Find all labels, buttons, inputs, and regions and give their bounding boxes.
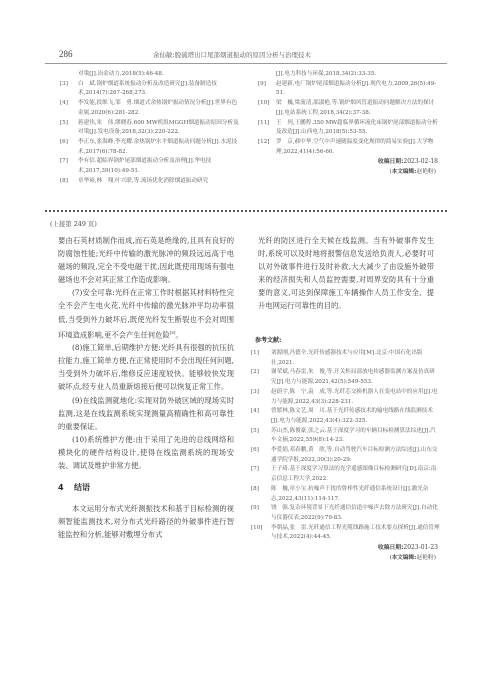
reference-item: [3]白 斌.锅炉烟道系统振动分析及改造研究[J].装备制造技术,2014(7)… [62, 80, 240, 99]
body-paragraph: (9)在线监测就地化:实现对防外破区域的现场实时监测,这是在线监测系统实现测量高… [58, 394, 234, 433]
reference-item: [11]王 列,王鹏程.350 MW超临界循环流化床锅炉尾部烟道振动分析及改造[… [262, 119, 440, 138]
reference-item: [5]苏山杰,陈俊豪,张之云.基于深度学习的车辆目标检测算法综述[J].汽车文摘… [255, 427, 440, 446]
reference-item: [1]刘源刚,冯德全.光纤传感器技术与应用[M].北京:中国石化出版社,2021… [255, 349, 440, 368]
previous-references-left: 对策[J].冶金动力,2018(5):46-48. [3]白 斌.锅炉烟道系统振… [62, 70, 240, 186]
previous-references-right: [J].电力科技与环保,2018,34(2):33-35. [9]赵建新.电厂锅… [262, 70, 440, 177]
page-number: 286 [59, 49, 73, 59]
continued-from-note: (上接第 249 页) [50, 219, 97, 228]
reference-item: [12]罗 京,郝中华.空气中声速随温度变化规律的简易实验[J].大学物理,20… [262, 138, 440, 157]
reference-item: [10]梁 巍,梁流清,邵淑艳,等.锅炉烟风管道振动问题解决方法的探讨[J].电… [262, 99, 440, 118]
reference-item: [9]饶 强.复杂环境背景下光纤通信信道中噪声去除方法研究[J].自动化与仪器仪… [255, 504, 440, 523]
reference-item: [6]李正东,张海峰,李光耀.余热锅炉水平烟道振动问题分析[J].水泥技术,20… [62, 138, 240, 157]
editor-credit: (本文编辑:赵艳粉) [255, 553, 440, 563]
reference-item: [6]李爱娟,邓春鹏,黄 欣,等.自动驾驶汽车目标检测方法综述[J].山东交通学… [255, 446, 440, 465]
reference-item: [10]李朝晶,张 雷.光纤通信工程光缆线路施工技术要点探析[J].通信管理与技… [255, 524, 440, 543]
references-section: 参考文献: [1]刘源刚,冯德全.光纤传感器技术与应用[M].北京:中国石化出版… [255, 336, 440, 563]
reference-item: [8]章华裕,林 翔,叶兴联,等.流场优化消除烟道振动研究 [62, 177, 240, 187]
reference-item: [9]赵建新.电厂锅炉尾部烟道振动分析[J].现代电力,2009,26(5):4… [262, 80, 440, 99]
reference-item: [4]李发能,段维飞,邹 勇.烟道式余热锅炉振动情况分析[J].世界有色金属,2… [62, 99, 240, 118]
running-title: 余仙敏:脱硫塔出口尾部烟道振动的原因分析与治理技术 [153, 50, 311, 59]
reference-item: [8]陈 巍,章小宝.抗噪声干扰的鲁棒性光纤通信系统设计[J].激光杂志,202… [255, 485, 440, 504]
references-heading: 参考文献: [255, 336, 440, 346]
body-paragraph: (10)系统维护方便:由于采用了先进的总线网络和模块化的硬件结构设计,使得在线监… [58, 433, 234, 472]
body-column-left: 要由石英材质制作而成,而石英是绝缘的,且具有良好的防腐蚀性能;光纤中传输的激光脉… [58, 234, 234, 541]
reference-item: [7]李有信.超临界锅炉尾部烟道振动分析及治理[J].华电技术,2017,39(… [62, 157, 240, 176]
conclusion-paragraph: 本文运用分布式光纤测振技术和基于目标检测的视频智能监测技术,对分布式光纤路径的外… [58, 502, 234, 541]
body-paragraph: (7)安全可靠:光纤在正常工作时根据其材料特性完全不会产生电火花,光纤中传输的激… [58, 286, 234, 341]
reference-item: [7]王子琦.基于深度学习算法的光学遥感图像目标检测研究[D].南京:南京信息工… [255, 465, 440, 484]
reference-item: [5]蒋建伟,朱 伟,缪晓春.600 MW机组MGGH烟道振动原因分析及对策[J… [62, 119, 240, 138]
article-divider [45, 210, 447, 212]
conclusion-paragraph-continued: 光纤的防区进行全天候在线监测。当有外破事件发生时,系统可以及时地将报警信息发送给… [258, 234, 434, 313]
citation: [8] [170, 330, 176, 335]
reference-item: 对策[J].冶金动力,2018(5):46-48. [62, 70, 240, 80]
body-paragraph: 要由石英材质制作而成,而石英是绝缘的,且具有良好的防腐蚀性能;光纤中传输的激光脉… [58, 234, 234, 286]
reference-item: [2]谢荣斌,马春雷,朱 俊,等.开关柜局部放电传感器监测方案及仿真研究[J].… [255, 368, 440, 387]
page-header: 286 余仙敏:脱硫塔出口尾部烟道振动的原因分析与治理技术 [45, 48, 447, 64]
reference-item: [J].电力科技与环保,2018,34(2):33-35. [262, 70, 440, 80]
editor-credit: (本文编辑:赵艳粉) [262, 167, 440, 177]
reference-item: [3]赵蔚宇,陈 宁,袁 成,等.光纤芯交换机器人在变电站中的应用[J].电力与… [255, 388, 440, 407]
body-column-right: 光纤的防区进行全天候在线监测。当有外破事件发生时,系统可以及时地将报警信息发送给… [258, 234, 434, 313]
received-date: 收稿日期:2023-02-18 [262, 157, 440, 167]
body-paragraph: (8)施工简单,后期维护方便:光纤具有很强的抗压抗拉能力,施工简单方便,在正常使… [58, 341, 234, 393]
section-heading: 4结语 [58, 481, 234, 494]
received-date: 收稿日期:2023-01-23 [255, 543, 440, 553]
reference-item: [4]曾繁林,陈文艺,周 川.基于光纤传感技术的输电线路在线监测技术[J].电力… [255, 407, 440, 426]
